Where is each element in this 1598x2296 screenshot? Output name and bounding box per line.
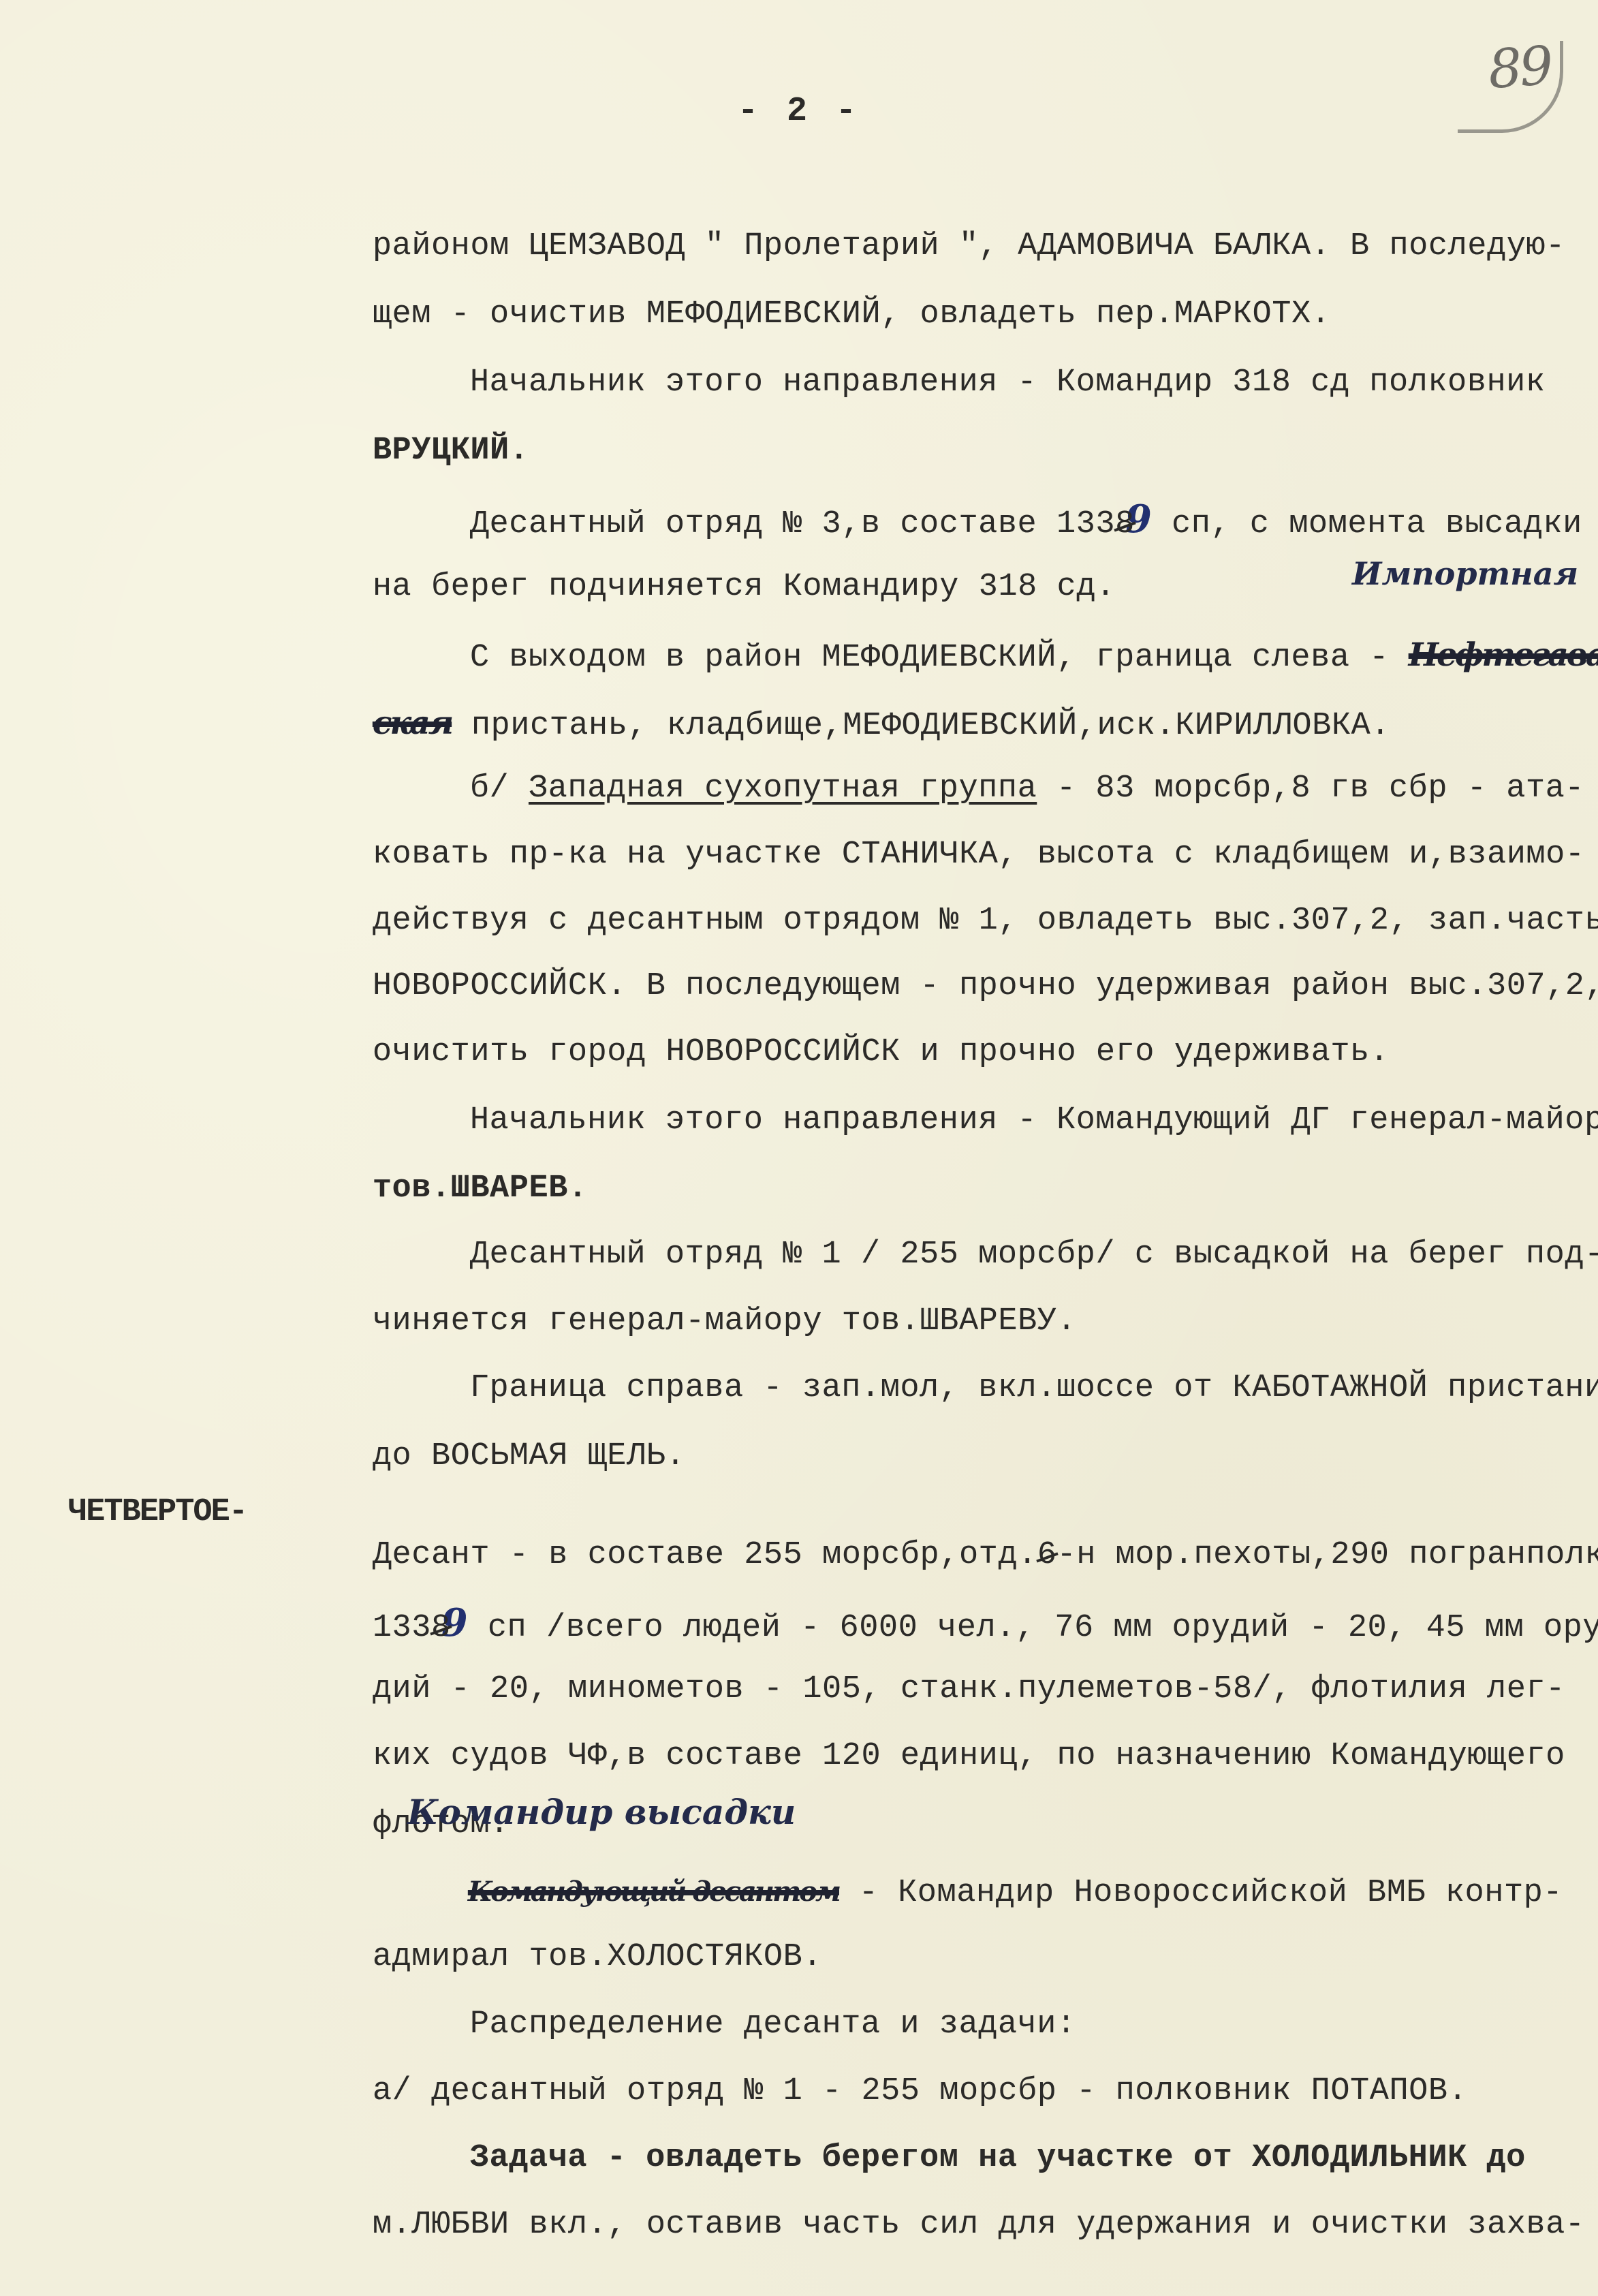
line-text: до ВОСЬМАЯ ЩЕЛЬ. xyxy=(373,1438,685,1474)
line-text: Начальник этого направления - Командующи… xyxy=(470,1102,1598,1138)
archive-page-number: 89 xyxy=(1486,35,1552,101)
page-number: - 2 - xyxy=(0,92,1598,131)
struck-digit: 8 xyxy=(1115,506,1135,542)
text-line: м.ЛЮБВИ вкл., оставив часть сил для удер… xyxy=(294,2164,1585,2286)
line-text: м.ЛЮБВИ вкл., оставив часть сил для удер… xyxy=(373,2207,1585,2243)
line-text: сп, с момента высадки xyxy=(1152,506,1582,542)
document-page: 89 - 2 - районом ЦЕМЗАВОД " Пролетарий "… xyxy=(0,0,1598,2296)
line-text: Начальник этого направления - Командир 3… xyxy=(470,364,1546,401)
struck-text: Нефтегаван- xyxy=(1409,636,1598,674)
text-line: Начальник этого направления - Командир 3… xyxy=(392,322,1546,444)
handwritten-insert: Командир высадки xyxy=(407,1792,796,1832)
section-margin-label: ЧЕТВЕРТОЕ- xyxy=(68,1494,247,1530)
line-text: ких судов ЧФ,в составе 120 единиц, по на… xyxy=(373,1738,1565,1774)
handwritten-insert: Импортная xyxy=(1352,555,1578,592)
line-text: - Командир Новороссийской ВМБ контр- xyxy=(839,1875,1563,1911)
